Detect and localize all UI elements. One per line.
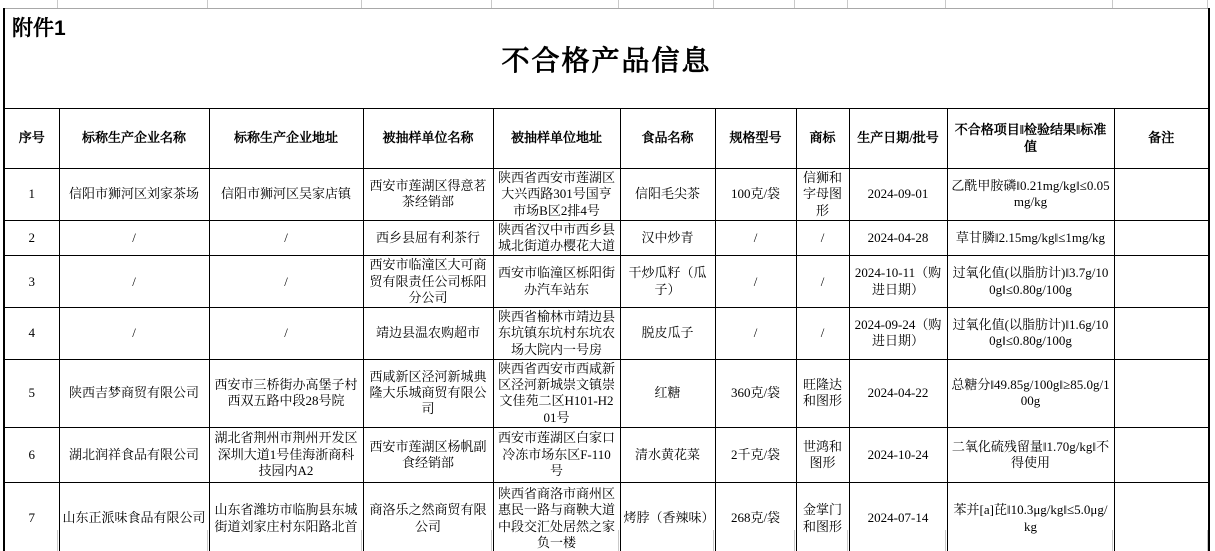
gridline-cell [208,530,362,551]
title-cell: 附件1 不合格产品信息 [4,9,1209,109]
cell-production-date: 2024-04-22 [849,359,947,427]
cell-spec: / [715,220,796,256]
cell-production-date: 2024-10-11（购进日期） [849,256,947,308]
gridline-cell [848,530,946,551]
column-header-producer-name: 标称生产企业名称 [59,109,209,169]
cell-sampled-unit-addr: 陕西省西安市莲湖区大兴西路301号国亨市场B区2排4号 [493,169,620,221]
cell-remarks [1114,220,1209,256]
gridline-cell [619,530,714,551]
cell-seq: 6 [4,427,59,482]
table-row: 3 / / 西安市临潼区大可商贸有限责任公司栎阳分公司 西安市临潼区栎阳街办汽车… [4,256,1209,308]
gridline-cell [208,0,362,8]
cell-producer-address: / [209,220,363,256]
cell-seq: 2 [4,220,59,256]
cell-food-name: 干炒瓜籽（瓜子） [620,256,715,308]
gridline-strip-bottom [3,530,1208,551]
cell-trademark: / [796,308,849,360]
title-row: 附件1 不合格产品信息 [4,9,1209,109]
cell-production-date: 2024-09-24（购进日期） [849,308,947,360]
column-header-failed-item: 不合格项目‖检验结果‖标准值 [947,109,1114,169]
column-header-sampled-unit-name: 被抽样单位名称 [363,109,493,169]
cell-spec: / [715,256,796,308]
table-row: 2 / / 西乡县屈有利茶行 陕西省汉中市西乡县城北街道办樱花大道 汉中炒青 /… [4,220,1209,256]
cell-sampled-unit-name: 西乡县屈有利茶行 [363,220,493,256]
cell-food-name: 脱皮瓜子 [620,308,715,360]
cell-seq: 4 [4,308,59,360]
cell-spec: 360克/袋 [715,359,796,427]
column-header-sampled-unit-addr: 被抽样单位地址 [493,109,620,169]
attachment-label: 附件1 [12,17,66,40]
spreadsheet-page: 附件1 不合格产品信息 序号 标称生产企业名称 标称生产企业地址 被抽样单位名称… [0,0,1215,551]
cell-sampled-unit-addr: 陕西省榆林市靖边县东坑镇东坑村东坑农场大院内一号房 [493,308,620,360]
cell-failed-item: 二氧化硫残留量‖1.70g/kg‖不得使用 [947,427,1114,482]
table-header-row: 序号 标称生产企业名称 标称生产企业地址 被抽样单位名称 被抽样单位地址 食品名… [4,109,1209,169]
table-row: 6 湖北润祥食品有限公司 湖北省荆州市荆州开发区深圳大道1号佳海浙商科技园内A2… [4,427,1209,482]
gridline-cell [492,530,619,551]
gridline-cell [58,0,208,8]
cell-failed-item: 草甘膦‖2.15mg/kg‖≤1mg/kg [947,220,1114,256]
cell-remarks [1114,359,1209,427]
column-header-production-date: 生产日期/批号 [849,109,947,169]
cell-trademark: / [796,220,849,256]
column-header-trademark: 商标 [796,109,849,169]
cell-production-date: 2024-09-01 [849,169,947,221]
cell-producer-address: 湖北省荆州市荆州开发区深圳大道1号佳海浙商科技园内A2 [209,427,363,482]
cell-failed-item: 总糖分‖49.85g/100g‖≥85.0g/100g [947,359,1114,427]
cell-trademark: 旺隆达和图形 [796,359,849,427]
cell-seq: 1 [4,169,59,221]
cell-remarks [1114,169,1209,221]
cell-producer-name: / [59,308,209,360]
page-title: 不合格产品信息 [502,46,712,77]
column-header-remarks: 备注 [1114,109,1209,169]
cell-producer-name: 湖北润祥食品有限公司 [59,427,209,482]
column-header-spec: 规格型号 [715,109,796,169]
cell-remarks [1114,427,1209,482]
cell-food-name: 红糖 [620,359,715,427]
cell-trademark: 世鸿和图形 [796,427,849,482]
gridline-cell [714,530,795,551]
cell-seq: 3 [4,256,59,308]
cell-sampled-unit-addr: 陕西省西安市西咸新区泾河新城崇文镇崇文佳苑二区H101-H201号 [493,359,620,427]
cell-sampled-unit-addr: 西安市临潼区栎阳街办汽车站东 [493,256,620,308]
gridline-cell [3,0,58,8]
cell-sampled-unit-addr: 陕西省汉中市西乡县城北街道办樱花大道 [493,220,620,256]
cell-production-date: 2024-10-24 [849,427,947,482]
cell-spec: / [715,308,796,360]
cell-failed-item: 过氧化值(以脂肪计)‖3.7g/100g‖≤0.80g/100g [947,256,1114,308]
gridline-cell [946,0,1113,8]
gridline-cell [492,0,619,8]
gridline-cell [3,530,58,551]
gridline-cell [1113,0,1208,8]
cell-failed-item: 过氧化值(以脂肪计)‖1.6g/100g‖≤0.80g/100g [947,308,1114,360]
cell-remarks [1114,308,1209,360]
cell-producer-address: / [209,256,363,308]
column-header-food-name: 食品名称 [620,109,715,169]
cell-producer-address: 西安市三桥街办高堡子村西双五路中段28号院 [209,359,363,427]
gridline-cell [362,530,492,551]
gridline-strip-top [3,0,1208,8]
cell-sampled-unit-name: 西咸新区泾河新城典隆大乐城商贸有限公司 [363,359,493,427]
gridline-cell [1113,530,1208,551]
cell-food-name: 信阳毛尖茶 [620,169,715,221]
table-row: 1 信阳市狮河区刘家茶场 信阳市狮河区吴家店镇 西安市莲湖区得意茗茶经销部 陕西… [4,169,1209,221]
cell-producer-name: / [59,256,209,308]
gridline-cell [58,530,208,551]
cell-sampled-unit-name: 西安市莲湖区杨帆副食经销部 [363,427,493,482]
cell-sampled-unit-name: 靖边县温农购超市 [363,308,493,360]
cell-sampled-unit-name: 西安市莲湖区得意茗茶经销部 [363,169,493,221]
cell-spec: 2千克/袋 [715,427,796,482]
gridline-cell [795,530,848,551]
cell-sampled-unit-name: 西安市临潼区大可商贸有限责任公司栎阳分公司 [363,256,493,308]
cell-spec: 100克/袋 [715,169,796,221]
gridline-cell [946,530,1113,551]
cell-producer-address: 信阳市狮河区吴家店镇 [209,169,363,221]
column-header-seq: 序号 [4,109,59,169]
cell-producer-name: 陕西吉梦商贸有限公司 [59,359,209,427]
cell-production-date: 2024-04-28 [849,220,947,256]
cell-remarks [1114,256,1209,308]
cell-failed-item: 乙酰甲胺磷‖0.21mg/kg‖≤0.05mg/kg [947,169,1114,221]
cell-food-name: 汉中炒青 [620,220,715,256]
gridline-cell [619,0,714,8]
cell-sampled-unit-addr: 西安市莲湖区白家口冷冻市场东区F-110号 [493,427,620,482]
cell-producer-name: 信阳市狮河区刘家茶场 [59,169,209,221]
gridline-cell [714,0,795,8]
cell-seq: 5 [4,359,59,427]
cell-producer-name: / [59,220,209,256]
gridline-cell [362,0,492,8]
cell-trademark: 信狮和字母图形 [796,169,849,221]
gridline-cell [848,0,946,8]
table-row: 4 / / 靖边县温农购超市 陕西省榆林市靖边县东坑镇东坑村东坑农场大院内一号房… [4,308,1209,360]
column-header-producer-address: 标称生产企业地址 [209,109,363,169]
gridline-cell [795,0,848,8]
cell-trademark: / [796,256,849,308]
cell-producer-address: / [209,308,363,360]
table-row: 5 陕西吉梦商贸有限公司 西安市三桥街办高堡子村西双五路中段28号院 西咸新区泾… [4,359,1209,427]
cell-food-name: 清水黄花菜 [620,427,715,482]
noncompliant-products-table: 附件1 不合格产品信息 序号 标称生产企业名称 标称生产企业地址 被抽样单位名称… [3,8,1210,551]
